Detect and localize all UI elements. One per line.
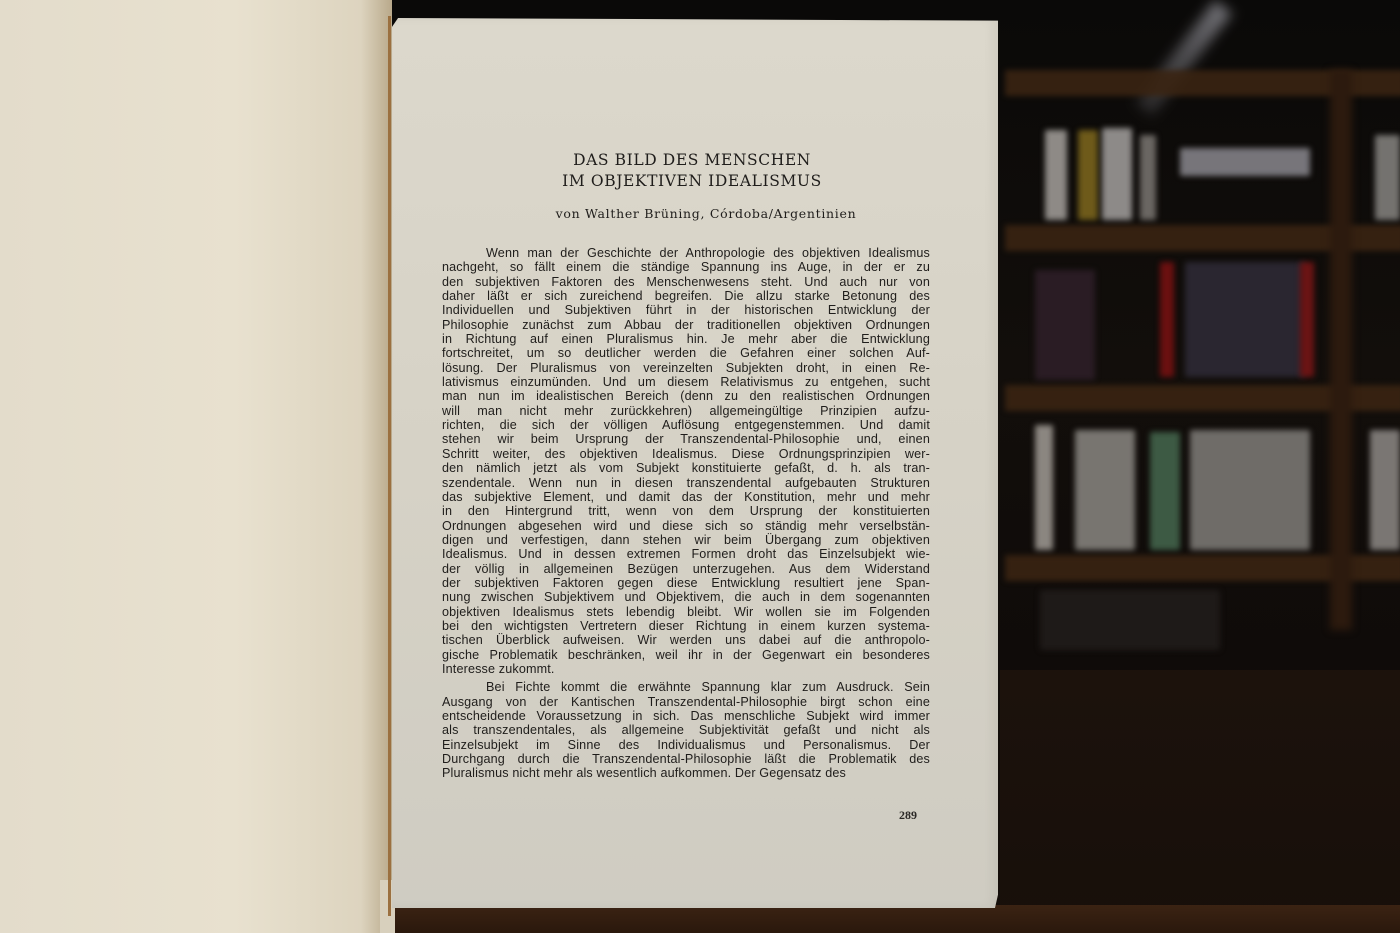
photo-scene: DAS BILD DES MENSCHEN IM OBJEKTIVEN IDEA… [0, 0, 1400, 933]
left-page-blank [0, 0, 392, 933]
text-line: als transzendentales, als allgemeine Sub… [442, 723, 930, 737]
text-line: das subjektive Element, und damit das de… [442, 490, 930, 504]
book-spine [1035, 270, 1095, 380]
book-spine [1370, 430, 1400, 550]
text-line: Ordnungen abgesehen wird und diese sich … [442, 519, 930, 533]
text-line: tischen Überblick aufweisen. Wir werden … [442, 633, 930, 647]
title-line-2: IM OBJEKTIVEN IDEALISMUS [454, 171, 930, 192]
book-spine [1045, 130, 1067, 220]
right-page: DAS BILD DES MENSCHEN IM OBJEKTIVEN IDEA… [392, 18, 998, 908]
text-line: Durchgang durch die Transzendental-Philo… [442, 752, 930, 766]
wooden-table [1000, 670, 1400, 933]
shelf-upright [1330, 70, 1352, 630]
text-line: lativismus einzumünden. Und um diesem Re… [442, 375, 930, 389]
text-line: der völlig in allgemeinen Bezügen unterz… [442, 562, 930, 576]
text-line: der subjektiven Faktoren gegen diese Ent… [442, 576, 930, 590]
text-line: lösung. Der Pluralismus von vereinzelten… [442, 361, 930, 375]
paragraph-2: Bei Fichte kommt die erwähnte Spannung k… [442, 680, 930, 780]
book-spine [1078, 130, 1098, 220]
book-spine [1102, 128, 1132, 220]
text-line: daher läßt er sich zureichend begreifen.… [442, 289, 930, 303]
text-line: szendentale. Wenn nun in diesen transzen… [442, 476, 930, 490]
article-body: Wenn man der Geschichte der Anthropologi… [442, 246, 930, 781]
text-line: Individuellen und Subjektiven führt in d… [442, 303, 930, 317]
book-spine [1190, 430, 1310, 550]
book-spine [1150, 432, 1180, 550]
page-content: DAS BILD DES MENSCHEN IM OBJEKTIVEN IDEA… [442, 150, 930, 781]
book-spine [1140, 135, 1156, 220]
text-line: richten, die sich der völligen Auflösung… [442, 418, 930, 432]
book-stack [1185, 262, 1305, 377]
text-line: Philosophie zunächst zum Abbau der tradi… [442, 318, 930, 332]
book-spine [1375, 135, 1400, 220]
page-number: 289 [899, 808, 917, 823]
text-line: Interesse zukommt. [442, 662, 930, 676]
paragraph-1: Wenn man der Geschichte der Anthropologi… [442, 246, 930, 676]
book-stack [1180, 148, 1310, 176]
book-spine [1035, 425, 1053, 550]
text-line: man nun im idealistischen Bereich (denn … [442, 389, 930, 403]
text-line: nung zwischen Subjektivem und Objektivem… [442, 590, 930, 604]
book-gutter [388, 16, 391, 916]
text-line: objektiven Idealismus stets lebendig ble… [442, 605, 930, 619]
title-line-1: DAS BILD DES MENSCHEN [454, 150, 930, 171]
book-spine [1075, 430, 1135, 550]
text-line: Pluralismus nicht mehr als wesentlich au… [442, 766, 930, 780]
table-edge [380, 905, 1400, 933]
text-line: stehen wir beim Ursprung der Transzenden… [442, 432, 930, 446]
text-line: Einzelsubjekt im Sinne des Individualism… [442, 738, 930, 752]
text-line: bei den wichtigsten Vertretern dieser Ri… [442, 619, 930, 633]
book-spine [1160, 262, 1174, 377]
text-line: Schritt weiter, des objektiven Idealismu… [442, 447, 930, 461]
text-line: Ausgang von der Kantischen Transzendenta… [442, 695, 930, 709]
book-stack [1040, 590, 1220, 650]
text-line: den subjektiven Faktoren des Menschenwes… [442, 275, 930, 289]
text-line: will man nicht mehr zurückkehren) allgem… [442, 404, 930, 418]
text-line: in den Hintergrund tritt, wenn von dem U… [442, 504, 930, 518]
text-line: digen und verfestigen, dann stehen wir b… [442, 533, 930, 547]
text-line: den nämlich jetzt als vom Subjekt konsti… [442, 461, 930, 475]
text-line: in Richtung auf einen Pluralismus hin. J… [442, 332, 930, 346]
text-line: nachgeht, so fällt einem die ständige Sp… [442, 260, 930, 274]
article-title: DAS BILD DES MENSCHEN IM OBJEKTIVEN IDEA… [442, 150, 930, 192]
text-line: Idealismus. Und in dessen extremen Forme… [442, 547, 930, 561]
author-byline: von Walther Brüning, Córdoba/Argentinien [442, 206, 930, 221]
text-line: gische Problematik beschränken, weil ihr… [442, 648, 930, 662]
text-line: fortschreitet, um so deutlicher werden d… [442, 346, 930, 360]
book-spine [1300, 262, 1314, 377]
text-line: Bei Fichte kommt die erwähnte Spannung k… [442, 680, 930, 694]
text-line: Wenn man der Geschichte der Anthropologi… [442, 246, 930, 260]
text-line: entscheidende Voraussetzung in sich. Das… [442, 709, 930, 723]
